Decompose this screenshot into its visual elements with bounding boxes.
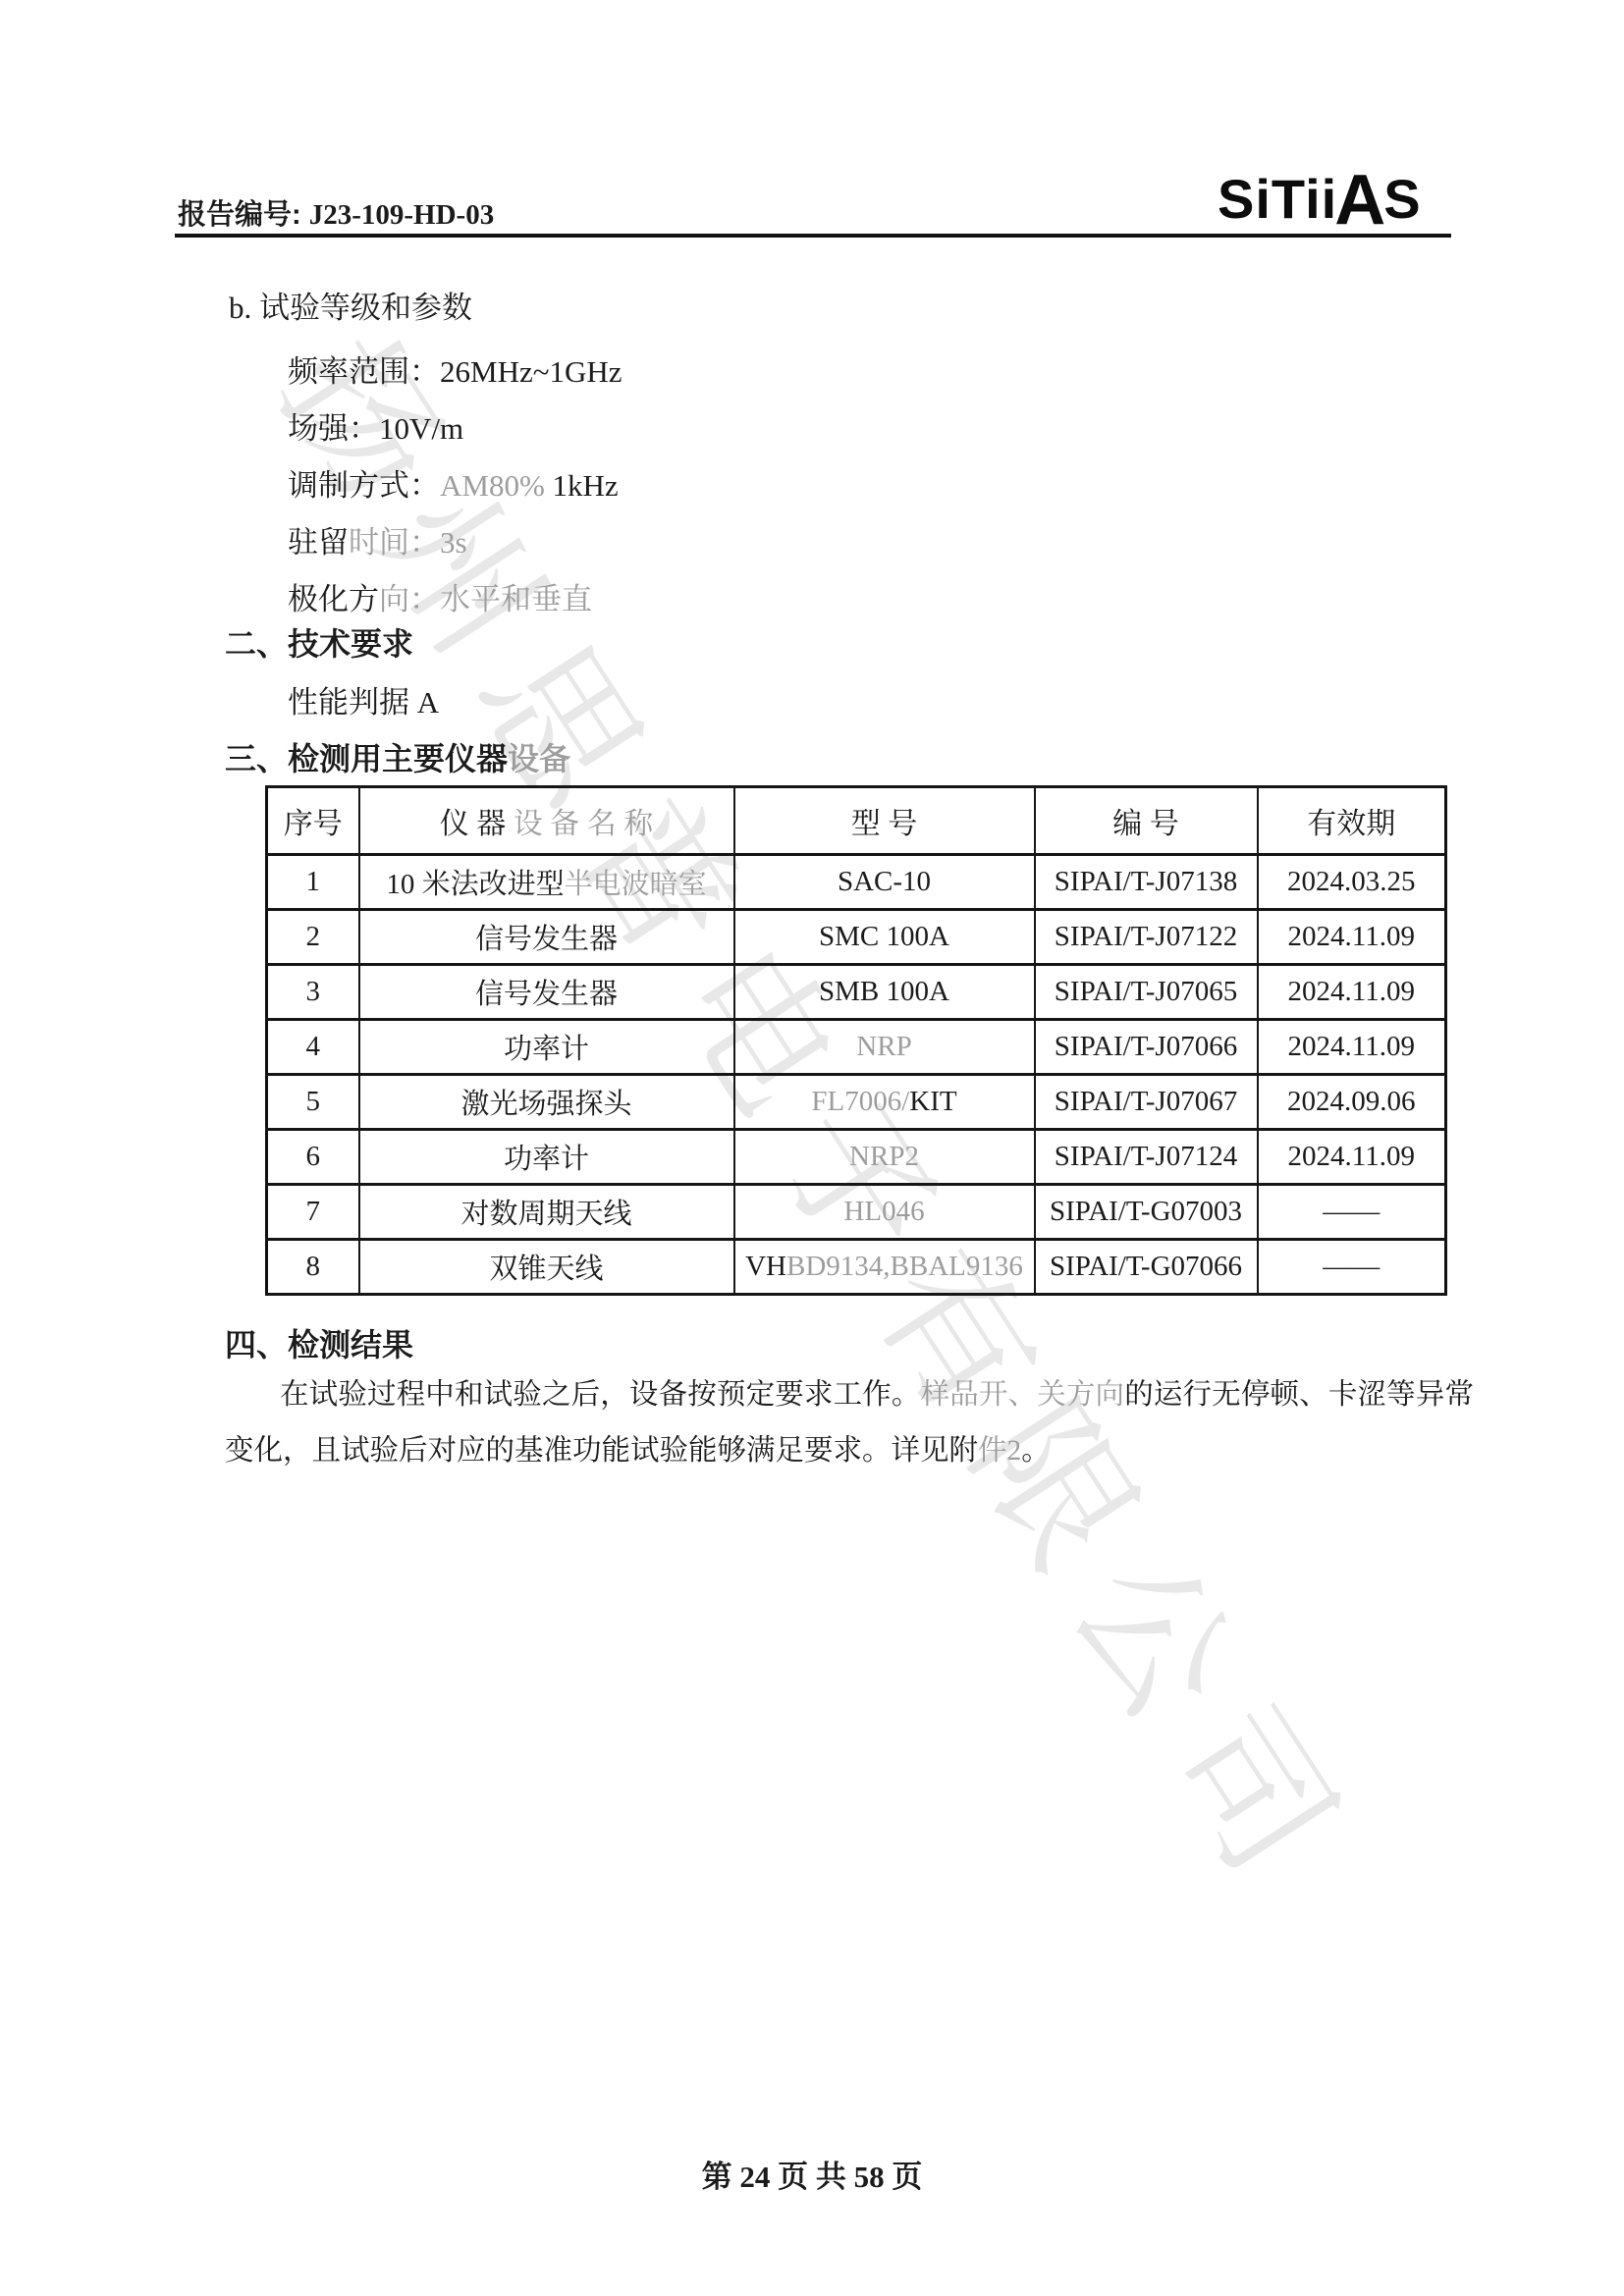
report-number-label: 报告编号:	[178, 199, 309, 231]
section-4-title: 检测结果	[288, 1327, 413, 1362]
cell-serial-number: SIPAI/T-J07122	[1035, 910, 1258, 965]
table-row: 110 米法改进型半电波暗室SAC-10SIPAI/T-J071382024.0…	[267, 855, 1446, 910]
text-segment: SMB 100A	[819, 976, 949, 1007]
text-segment: 信号发生器	[475, 924, 618, 955]
cell-instrument-name: 功率计	[359, 1020, 734, 1075]
table-row: 5激光场强探头FL7006/KITSIPAI/T-J070672024.09.0…	[267, 1075, 1446, 1130]
text-segment: HL046	[843, 1196, 924, 1227]
instruments-table: 序号仪 器 设 备 名 称型 号编 号有效期110 米法改进型半电波暗室SAC-…	[265, 785, 1447, 1296]
text-segment: 时间：3s	[349, 525, 467, 560]
cell-expiry-date: ——	[1258, 1240, 1446, 1295]
header-divider	[175, 234, 1451, 238]
cell-index: 2	[267, 910, 359, 965]
cell-instrument-name: 信号发生器	[359, 965, 734, 1020]
section-3-number: 三、	[225, 741, 288, 776]
cell-model: VHBD9134,BBAL9136	[734, 1240, 1035, 1295]
result-paragraph: 在试验过程中和试验之后，设备按预定要求工作。样品开、关方向的运行无停顿、卡涩等异…	[225, 1367, 1474, 1479]
text-segment: VH	[745, 1251, 786, 1282]
text-segment: 在试验过程中和试验之后，设备按预定要求工作。	[280, 1379, 921, 1411]
logo-text-right: S	[1383, 172, 1421, 227]
table-row: 8双锥天线VHBD9134,BBAL9136SIPAI/T-G07066——	[267, 1240, 1446, 1295]
table-row: 6功率计NRP2SIPAI/T-J071242024.11.09	[267, 1130, 1446, 1185]
text-segment: 场强：10V/m	[288, 411, 463, 446]
table-header-cell: 编 号	[1035, 787, 1258, 855]
sitiias-logo: SiTii A S	[1218, 169, 1422, 227]
cell-expiry-date: 2024.09.06	[1258, 1075, 1446, 1130]
cell-model: NRP2	[734, 1130, 1035, 1185]
cell-model: SMC 100A	[734, 910, 1035, 965]
table-row: 7对数周期天线HL046SIPAI/T-G07003——	[267, 1185, 1446, 1240]
cell-index: 6	[267, 1130, 359, 1185]
cell-index: 7	[267, 1185, 359, 1240]
table-header-cell: 有效期	[1258, 787, 1446, 855]
logo-text-left: SiTii	[1218, 172, 1337, 227]
cell-index: 8	[267, 1240, 359, 1295]
text-segment: BD9134,BBAL9136	[786, 1251, 1023, 1282]
section-2-heading: 二、技术要求	[225, 619, 413, 665]
cell-model: NRP	[734, 1020, 1035, 1075]
cell-index: 1	[267, 855, 359, 910]
performance-criteria: 性能判据 A	[288, 677, 439, 721]
cell-serial-number: SIPAI/T-J07138	[1035, 855, 1258, 910]
cell-model: SAC-10	[734, 855, 1035, 910]
table-row: 3信号发生器SMB 100ASIPAI/T-J070652024.11.09	[267, 965, 1446, 1020]
section-2-title: 技术要求	[288, 626, 413, 662]
text-segment: 序号	[284, 808, 343, 840]
text-segment: 频率范围：26MHz~1GHz	[288, 354, 623, 389]
text-segment: SAC-10	[838, 866, 931, 897]
text-segment: 功率计	[504, 1034, 589, 1065]
cell-instrument-name: 对数周期天线	[359, 1185, 734, 1240]
cell-instrument-name: 10 米法改进型半电波暗室	[359, 855, 734, 910]
text-segment: AM80%	[440, 468, 553, 503]
param-dwell-time: 驻留时间：3s	[288, 514, 623, 571]
cell-index: 4	[267, 1020, 359, 1075]
section-2-number: 二、	[225, 626, 288, 662]
text-segment: 功率计	[504, 1144, 589, 1175]
text-segment: 10 米法改进型	[386, 869, 564, 900]
section-3-heading: 三、检测用主要仪器设备	[225, 734, 570, 779]
table-header-cell: 序号	[267, 787, 359, 855]
text-segment: 型 号	[851, 808, 918, 840]
text-segment: 双锥天线	[489, 1254, 603, 1285]
cell-expiry-date: 2024.03.25	[1258, 855, 1446, 910]
report-number-line: 报告编号: J23-109-HD-03	[178, 192, 494, 233]
text-segment: NRP	[856, 1031, 911, 1062]
text-segment: NRP2	[849, 1141, 919, 1172]
table-header-cell: 型 号	[734, 787, 1035, 855]
text-segment: 极化方	[288, 582, 379, 616]
param-field-strength: 场强：10V/m	[288, 400, 623, 457]
test-level-heading: b. 试验等级和参数	[229, 283, 472, 327]
cell-serial-number: SIPAI/T-J07065	[1035, 965, 1258, 1020]
text-segment: 对数周期天线	[460, 1199, 631, 1230]
text-segment: KIT	[909, 1086, 956, 1117]
cell-serial-number: SIPAI/T-J07066	[1035, 1020, 1258, 1075]
text-segment: 。	[1021, 1435, 1051, 1467]
cell-serial-number: SIPAI/T-G07066	[1035, 1240, 1258, 1295]
section-3-title: 检测用主要仪器	[288, 741, 508, 776]
cell-instrument-name: 激光场强探头	[359, 1075, 734, 1130]
cell-model: FL7006/KIT	[734, 1075, 1035, 1130]
text-segment: SMC 100A	[819, 921, 949, 952]
text-segment: 驻留	[288, 525, 349, 560]
cell-expiry-date: 2024.11.09	[1258, 1130, 1446, 1185]
section-4-heading: 四、检测结果	[225, 1320, 413, 1365]
cell-expiry-date: 2024.11.09	[1258, 965, 1446, 1020]
table-header-cell: 仪 器 设 备 名 称	[359, 787, 734, 855]
param-frequency-range: 频率范围：26MHz~1GHz	[288, 344, 623, 400]
test-parameter-list: 频率范围：26MHz~1GHz 场强：10V/m 调制方式：AM80% 1kHz…	[288, 344, 623, 628]
param-modulation: 调制方式：AM80% 1kHz	[288, 457, 623, 514]
text-segment: 编 号	[1112, 808, 1179, 840]
section-4-number: 四、	[225, 1327, 288, 1362]
text-segment: 调制方式：	[288, 468, 440, 503]
cell-model: SMB 100A	[734, 965, 1035, 1020]
text-segment: 半电波暗室	[565, 869, 707, 900]
cell-expiry-date: 2024.11.09	[1258, 910, 1446, 965]
page-footer: 第 24 页 共 58 页	[0, 2152, 1624, 2196]
text-segment: 件2	[978, 1435, 1021, 1467]
instruments-table-wrapper: 序号仪 器 设 备 名 称型 号编 号有效期110 米法改进型半电波暗室SAC-…	[265, 785, 1447, 1296]
logo-letter-a: A	[1334, 172, 1386, 230]
cell-instrument-name: 功率计	[359, 1130, 734, 1185]
report-number-value: J23-109-HD-03	[309, 199, 494, 231]
cell-serial-number: SIPAI/T-J07124	[1035, 1130, 1258, 1185]
cell-instrument-name: 双锥天线	[359, 1240, 734, 1295]
text-segment: 向：水平和垂直	[379, 582, 592, 616]
text-segment: FL7006/	[811, 1086, 909, 1117]
cell-serial-number: SIPAI/T-J07067	[1035, 1075, 1258, 1130]
cell-index: 5	[267, 1075, 359, 1130]
cell-expiry-date: ——	[1258, 1185, 1446, 1240]
text-segment: 1kHz	[553, 468, 619, 503]
text-segment: 样品开、关方向	[921, 1379, 1125, 1411]
table-row: 4功率计NRPSIPAI/T-J070662024.11.09	[267, 1020, 1446, 1075]
cell-index: 3	[267, 965, 359, 1020]
cell-model: HL046	[734, 1185, 1035, 1240]
text-segment: 信号发生器	[475, 979, 618, 1010]
table-row: 2信号发生器SMC 100ASIPAI/T-J071222024.11.09	[267, 910, 1446, 965]
cell-serial-number: SIPAI/T-G07003	[1035, 1185, 1258, 1240]
text-segment: 设 备 名 称	[514, 808, 654, 840]
table-header-row: 序号仪 器 设 备 名 称型 号编 号有效期	[267, 787, 1446, 855]
document-page: 扬州思普电子有限公司 报告编号: J23-109-HD-03 SiTii A S…	[0, 0, 1624, 2296]
text-segment: 有效期	[1307, 808, 1395, 840]
cell-expiry-date: 2024.11.09	[1258, 1020, 1446, 1075]
section-3-title-faded: 设备	[508, 741, 570, 776]
cell-instrument-name: 信号发生器	[359, 910, 734, 965]
text-segment: 激光场强探头	[460, 1089, 631, 1120]
text-segment: 仪 器	[440, 808, 514, 840]
